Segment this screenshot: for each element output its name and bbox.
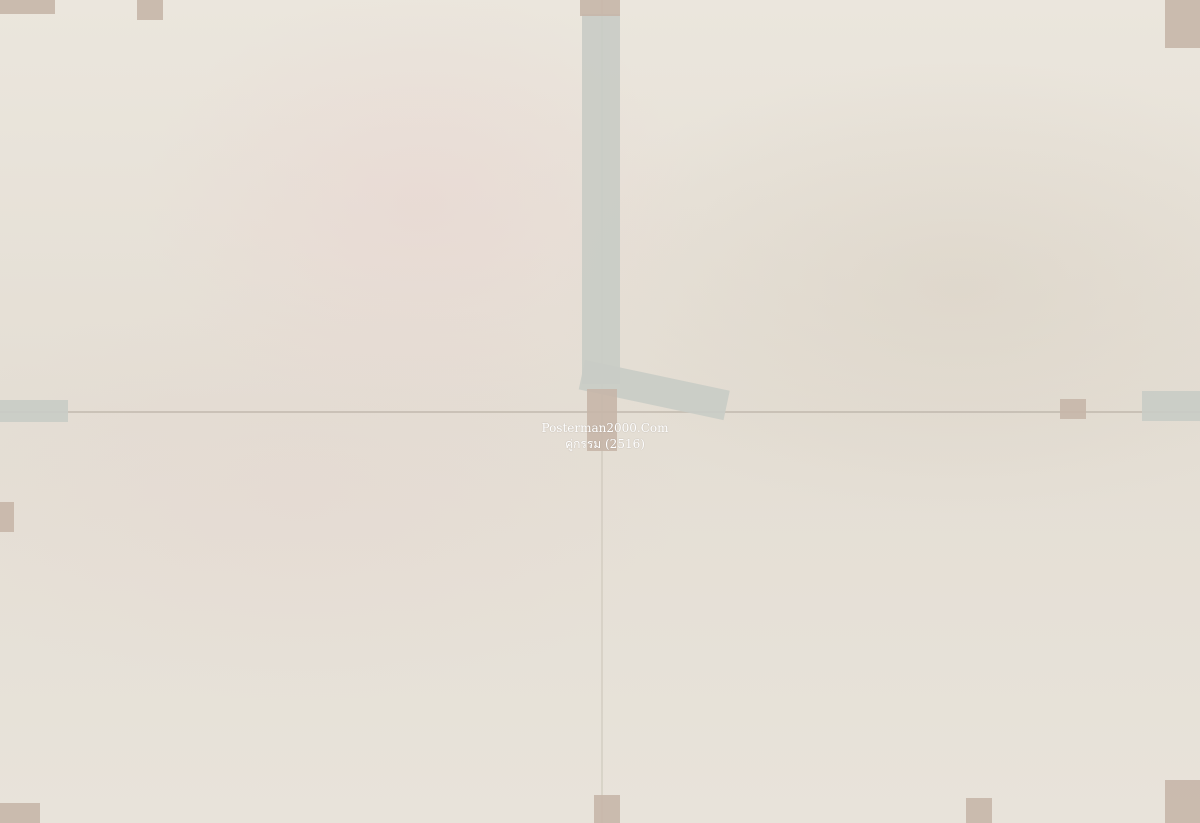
tape-top-center	[580, 0, 620, 16]
tape-bottom-left	[0, 803, 40, 823]
tape-vertical-strip	[582, 14, 620, 384]
tape-right-edge	[1142, 391, 1200, 421]
watermark-site: Posterman2000.Com	[520, 420, 690, 436]
watermark: Posterman2000.Com คู่กรรม (2516)	[520, 420, 690, 452]
tape-left-edge	[0, 400, 68, 422]
tape-bottom-right	[1165, 780, 1200, 823]
tape-bottom-center	[594, 795, 620, 823]
tape-right-mid	[1060, 399, 1086, 419]
tape-top-left	[137, 0, 163, 20]
tape-top-left-corner	[0, 0, 55, 14]
tape-left-mid	[0, 502, 14, 532]
poster-back: Posterman2000.Com คู่กรรม (2516)	[0, 0, 1200, 823]
watermark-title: คู่กรรม (2516)	[520, 436, 690, 452]
tape-bottom-right-mid	[966, 798, 992, 823]
tape-top-right	[1165, 0, 1200, 48]
